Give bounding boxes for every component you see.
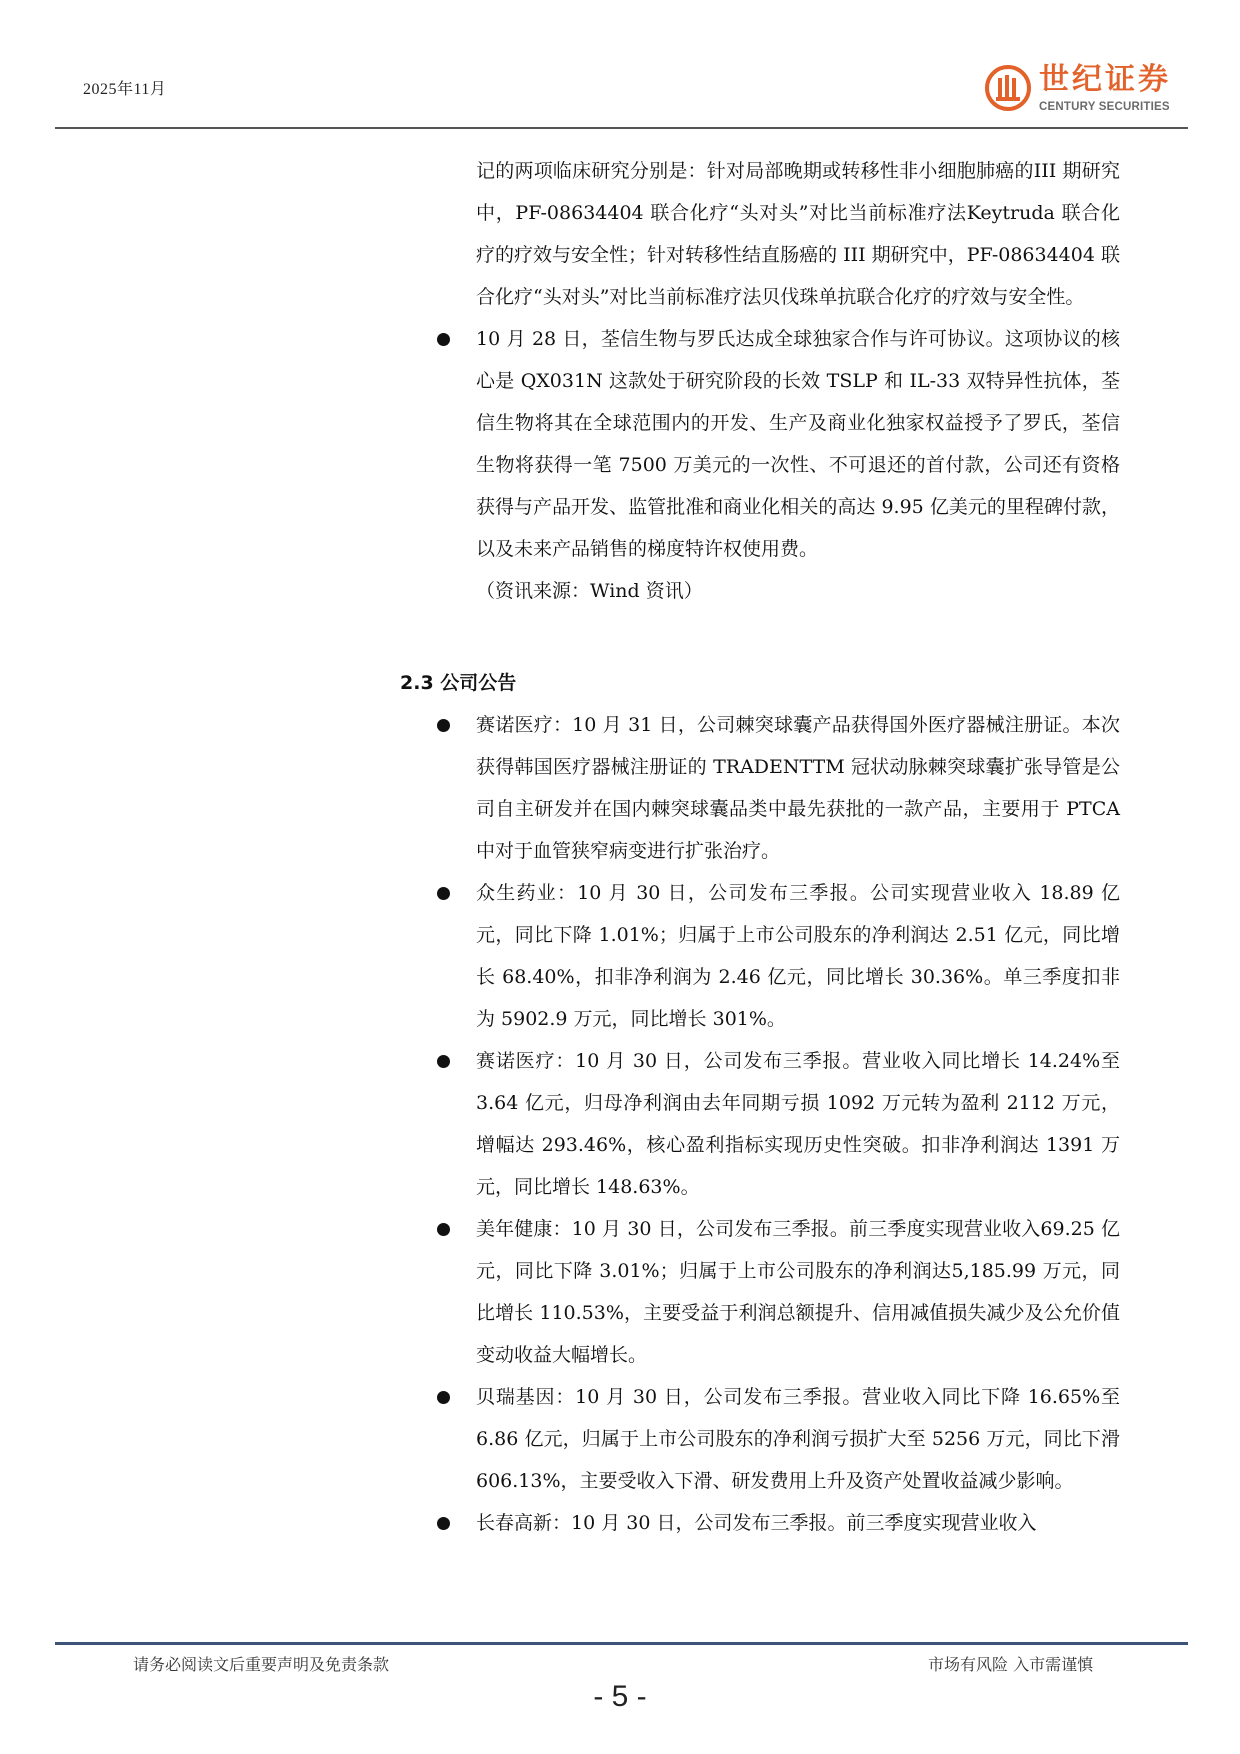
bullet-icon — [437, 1517, 450, 1530]
bullet-icon — [437, 1391, 450, 1404]
footer-disclaimer: 请务必阅读文后重要声明及免责条款 — [133, 1652, 389, 1675]
section-title: 2.3 公司公告 — [400, 662, 1120, 704]
bullet-icon — [437, 719, 450, 732]
announcement-item: 众生药业：10 月 30 日，公司发布三季报。公司实现营业收入 18.89 亿元… — [400, 872, 1120, 1040]
logo-name-cn: 世纪证券 — [1039, 63, 1171, 97]
bullet-icon — [437, 1223, 450, 1236]
logo-name-en: CENTURY SECURITIES — [1039, 101, 1170, 113]
logo-emblem-icon — [985, 65, 1031, 111]
report-date: 2025年11月 — [83, 76, 166, 99]
continued-paragraph: 记的两项临床研究分别是：针对局部晚期或转移性非小细胞肺癌的III 期研究中，PF… — [400, 150, 1120, 318]
announcement-item: 长春高新：10 月 30 日，公司发布三季报。前三季度实现营业收入 — [400, 1502, 1120, 1544]
bullet-icon — [437, 1055, 450, 1068]
news-item: 10 月 28 日，荃信生物与罗氏达成全球独家合作与许可协议。这项协议的核心是 … — [400, 318, 1120, 570]
announcement-item: 美年健康：10 月 30 日，公司发布三季报。前三季度实现营业收入69.25 亿… — [400, 1208, 1120, 1376]
announcement-text: 众生药业：10 月 30 日，公司发布三季报。公司实现营业收入 18.89 亿元… — [476, 882, 1120, 1030]
bullet-icon — [437, 333, 450, 346]
century-securities-logo: 世纪证券 CENTURY SECURITIES — [985, 63, 1180, 121]
announcement-item: 赛诺医疗：10 月 30 日，公司发布三季报。营业收入同比增长 14.24%至 … — [400, 1040, 1120, 1208]
announcement-text: 赛诺医疗：10 月 30 日，公司发布三季报。营业收入同比增长 14.24%至 … — [476, 1050, 1120, 1198]
announcement-text: 美年健康：10 月 30 日，公司发布三季报。前三季度实现营业收入69.25 亿… — [476, 1218, 1120, 1366]
announcement-item: 贝瑞基因：10 月 30 日，公司发布三季报。营业收入同比下降 16.65%至 … — [400, 1376, 1120, 1502]
document-body: 记的两项临床研究分别是：针对局部晚期或转移性非小细胞肺癌的III 期研究中，PF… — [400, 150, 1120, 1544]
source-note: （资讯来源：Wind 资讯） — [400, 570, 1120, 612]
header-divider — [55, 127, 1188, 129]
announcement-text: 长春高新：10 月 30 日，公司发布三季报。前三季度实现营业收入 — [476, 1512, 1036, 1534]
announcement-text: 贝瑞基因：10 月 30 日，公司发布三季报。营业收入同比下降 16.65%至 … — [476, 1386, 1120, 1492]
footer-risk-warning: 市场有风险 入市需谨慎 — [928, 1652, 1093, 1675]
page-number: - 5 - — [0, 1680, 1240, 1714]
bullet-icon — [437, 887, 450, 900]
footer-divider — [55, 1642, 1188, 1645]
announcement-item: 赛诺医疗：10 月 31 日，公司棘突球囊产品获得国外医疗器械注册证。本次获得韩… — [400, 704, 1120, 872]
news-item-text: 10 月 28 日，荃信生物与罗氏达成全球独家合作与许可协议。这项协议的核心是 … — [476, 328, 1120, 560]
announcement-text: 赛诺医疗：10 月 31 日，公司棘突球囊产品获得国外医疗器械注册证。本次获得韩… — [476, 714, 1120, 862]
